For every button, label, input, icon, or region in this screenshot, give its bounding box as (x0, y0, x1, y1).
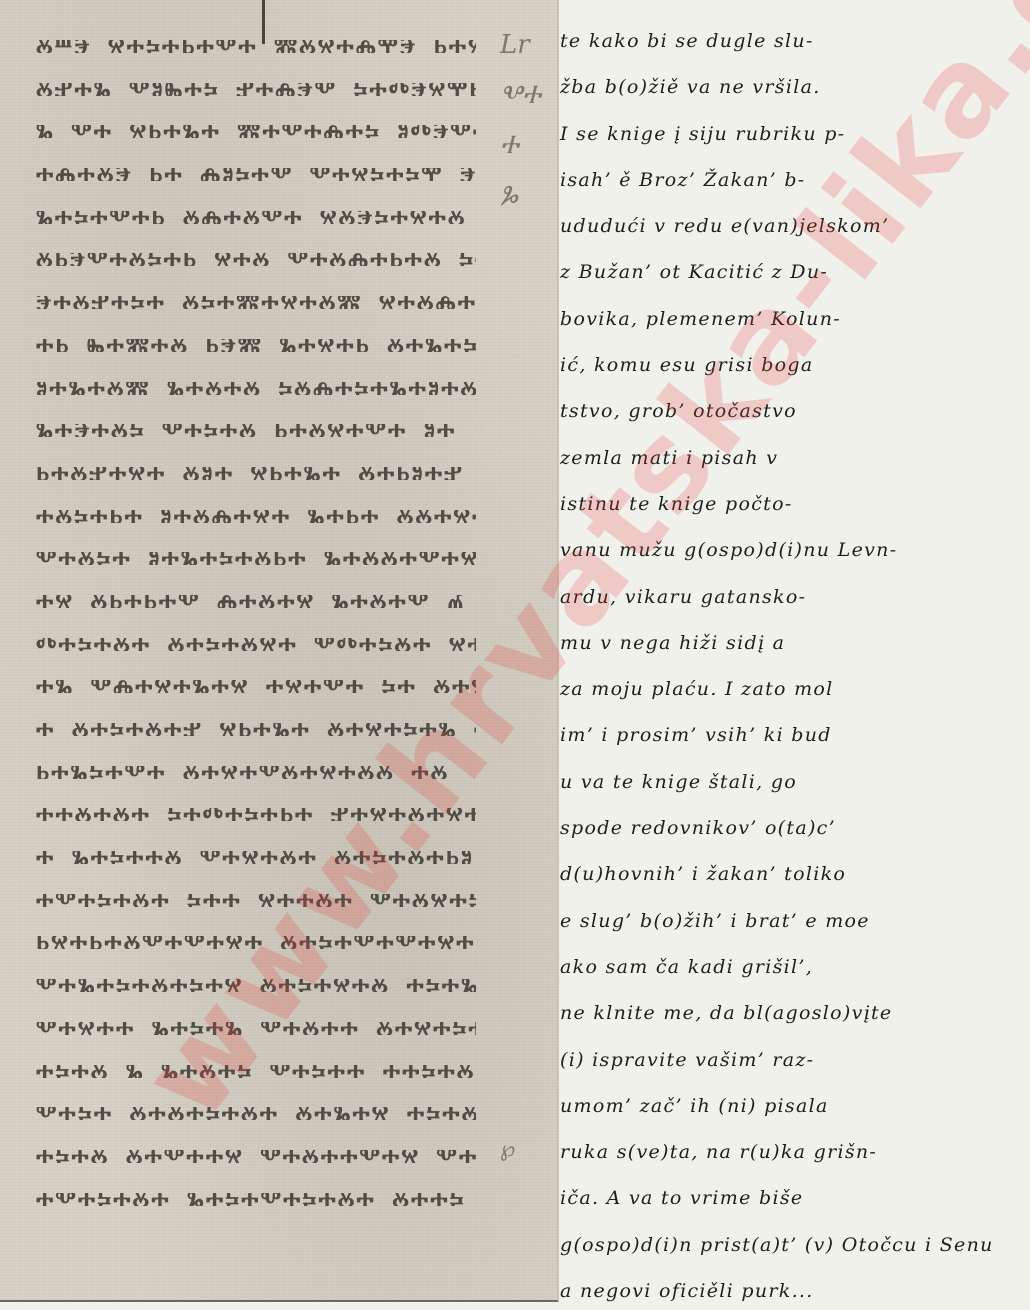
transcription-line: g(ospo)d(i)n prist(a)t’ (v) Otočcu i Sen… (560, 1222, 1030, 1268)
manuscript-line: ⰓⰀⰋⰐⰀⰔⰀ ⰋⰑⰀ ⰔⰓⰀⰃⰀ ⰋⰀⰓⰑⰀⰐ (36, 467, 476, 480)
manuscript-line: ⰃⰀⰅⰀⰋⰍ ⰂⰀⰍⰀⰋ ⰓⰀⰋⰔⰀⰂⰀ ⰑⰀ (36, 424, 476, 437)
transcription-line: te kako bi se dugle slu- (560, 18, 1030, 64)
manuscript-line: ⰂⰀⰋⰍⰀ ⰑⰀⰃⰀⰍⰀⰋⰓⰀ ⰃⰀⰋⰋⰀⰂⰀⰔⰀ (36, 552, 476, 565)
margin-note: Lr (500, 30, 550, 80)
transcription-line: bovika, plemenem’ Kolun- (560, 296, 1030, 342)
manuscript-line: Ⰰ ⰃⰀⰍⰀⰀⰋ ⰂⰀⰔⰀⰋⰀ ⰋⰀⰍⰀⰋⰀⰓⰑ ⰀⰀ (36, 851, 476, 864)
transcription-line: iča. A va to vrime biše (560, 1175, 1030, 1221)
manuscript-line: ⰀⰂⰀⰍⰀⰋⰀ ⰃⰀⰍⰀⰂⰀⰍⰀⰋⰀ ⰋⰀⰀⰍ (36, 1193, 476, 1206)
manuscript-line: Ⰰ ⰋⰀⰍⰀⰋⰀⰐ ⰔⰓⰀⰃⰀ ⰋⰀⰔⰀⰍⰀⰃ ⰀⰀ (36, 723, 476, 736)
margin-note: ⰂⰀ (500, 80, 550, 130)
margin-ring-mark: ℘ (500, 1137, 515, 1162)
transcription-line: a negovi oficiěli purk... (560, 1268, 1030, 1310)
transcription-line: umom’ zač’ ih (ni) pisala (560, 1083, 1030, 1129)
manuscript-line: ⰀⰎⰀⰋⰅ ⰓⰀ ⰎⰑⰍⰀⰂ ⰂⰀⰔⰍⰀⰍⰉ ⰅⰂ (36, 168, 476, 181)
transcription-line: im’ i prosim’ vsih’ ki bud (560, 712, 1030, 758)
transcription-text: te kako bi se dugle slu- žba b(o)žiě va … (560, 18, 1030, 1310)
document-page: ⰋⰞⰅ ⰔⰀⰍⰀⰓⰀⰂⰀ ⰏⰋⰔⰀⰎⰉⰅ ⰓⰀⰔ ⰋⰐⰀⰃ ⰂⰑⰈⰀⰍ ⰐⰀⰎⰅ… (0, 0, 1030, 1310)
manuscript-line: ⰓⰔⰀⰓⰀⰋⰂⰀⰂⰀⰔⰀ ⰋⰀⰍⰀⰂⰀⰂⰀⰔⰀⰀ (36, 936, 476, 949)
transcription-line: spode redovnikov’ o(ta)c’ (560, 805, 1030, 851)
transcription-line: ako sam ča kadi grišil’, (560, 944, 1030, 990)
transcription-line: vanu mužu g(ospo)d(i)nu Levn- (560, 527, 1030, 573)
transcription-line: zemla mati i pisah v (560, 435, 1030, 481)
margin-note: Ⰰ (500, 130, 550, 180)
manuscript-line: ⰀⰔ ⰋⰓⰀⰓⰀⰂ ⰎⰀⰋⰀⰔ ⰃⰀⰋⰀⰂ Ⰼ (36, 595, 476, 608)
manuscript-line: ⰂⰀⰍⰀ ⰋⰀⰋⰀⰍⰀⰋⰀ ⰋⰀⰃⰀⰔ ⰀⰍⰀⰋⰔ (36, 1107, 476, 1120)
manuscript-line: ⰀⰓ ⰈⰀⰏⰀⰋ ⰓⰅⰏ ⰃⰀⰔⰀⰓ ⰋⰀⰃⰀⰍ (36, 339, 476, 352)
transcription-line: ne klnite me, da bl(agoslo)vįte (560, 990, 1030, 1036)
transcription-line: e slug’ b(o)žih’ i brat’ e moe (560, 898, 1030, 944)
manuscript-line: ⰂⰀⰃⰀⰍⰀⰋⰀⰍⰀⰔ ⰋⰀⰍⰀⰔⰀⰋ ⰀⰍⰀⰃ (36, 979, 476, 992)
transcription-line: istinu te knige počto- (560, 481, 1030, 527)
transcription-line: ardu, vikaru gatansko- (560, 574, 1030, 620)
transcription-line: u va te knige štali, go (560, 759, 1030, 805)
margin-note: Ⰳ (500, 180, 550, 230)
transcription-line: d(u)hovnih’ i žakan’ toliko (560, 851, 1030, 897)
manuscript-line: ⰋⰞⰅ ⰔⰀⰍⰀⰓⰀⰂⰀ ⰏⰋⰔⰀⰎⰉⰅ ⰓⰀⰔ (36, 40, 476, 53)
manuscript-line: ⰂⰀⰔⰀⰀ ⰃⰀⰍⰀⰃ ⰂⰀⰋⰀⰀ ⰋⰀⰔⰀⰍⰀⰋⰀ (36, 1022, 476, 1035)
manuscript-line: ⰀⰃ ⰂⰎⰀⰔⰀⰃⰀⰔ ⰀⰔⰀⰂⰀ ⰍⰀ ⰋⰀⰔⰀ (36, 680, 476, 693)
transcription-line: mu v nega hiži sidį a (560, 620, 1030, 666)
manuscript-line: ⰅⰀⰋⰐⰀⰍⰀ ⰋⰍⰀⰏⰀⰔⰀⰋⰏ ⰔⰀⰋⰎⰀⰓ (36, 296, 476, 309)
manuscript-line: ⰀⰍⰀⰋ Ⰳ ⰃⰀⰋⰀⰍ ⰂⰀⰍⰀⰀ ⰀⰀⰍⰀⰋ (36, 1065, 476, 1078)
transcription-line: tstvo, grob’ otočastvo (560, 388, 1030, 434)
manuscript-line: ⰄⰀⰍⰀⰋⰀ ⰋⰀⰍⰀⰋⰔⰀ ⰂⰄⰀⰍⰋⰀ ⰔⰀⰄ (36, 638, 476, 651)
manuscript-lines: ⰋⰞⰅ ⰔⰀⰍⰀⰓⰀⰂⰀ ⰏⰋⰔⰀⰎⰉⰅ ⰓⰀⰔ ⰋⰐⰀⰃ ⰂⰑⰈⰀⰍ ⰐⰀⰎⰅ… (36, 40, 476, 1235)
manuscript-line: ⰃⰀⰍⰀⰂⰀⰓ ⰋⰎⰀⰋⰂⰀ ⰔⰋⰅⰍⰀⰔⰀⰋ (36, 211, 476, 224)
manuscript-margin-notes: Lr ⰂⰀ Ⰰ Ⰳ (500, 30, 550, 230)
manuscript-line: ⰓⰀⰃⰍⰀⰂⰀ ⰋⰀⰔⰀⰂⰋⰀⰔⰀⰋⰋ ⰀⰋ (36, 766, 476, 779)
manuscript-line: ⰀⰍⰀⰋ ⰋⰀⰂⰀⰀⰔ ⰂⰀⰋⰀⰀⰂⰀⰔ ⰂⰀⰋⰀⰂ (36, 1150, 476, 1163)
transcription-line: ruka s(ve)ta, na r(u)ka grišn- (560, 1129, 1030, 1175)
glagolitic-manuscript-image: ⰋⰞⰅ ⰔⰀⰍⰀⰓⰀⰂⰀ ⰏⰋⰔⰀⰎⰉⰅ ⰓⰀⰔ ⰋⰐⰀⰃ ⰂⰑⰈⰀⰍ ⰐⰀⰎⰅ… (0, 0, 559, 1302)
transcription-line: (i) ispravite vašim’ raz- (560, 1037, 1030, 1083)
transcription-line: za moju plaću. I zato mol (560, 666, 1030, 712)
transcription-line: ududući v redu e(van)jelskom’ (560, 203, 1030, 249)
transcription-line: isah’ ě Broz’ Žakan’ b- (560, 157, 1030, 203)
manuscript-line: ⰑⰀⰃⰀⰋⰏ ⰃⰀⰋⰀⰋ ⰍⰋⰎⰀⰍⰀⰃⰀⰑⰀⰋⰏ (36, 382, 476, 395)
manuscript-line: ⰀⰀⰋⰀⰋⰀ ⰍⰀⰄⰀⰍⰀⰓⰀ ⰐⰀⰔⰀⰋⰀⰔⰀ (36, 808, 476, 821)
transcription-line: žba b(o)žiě va ne vršila. (560, 64, 1030, 110)
manuscript-line: ⰀⰂⰀⰍⰀⰋⰀ ⰍⰀⰀ ⰔⰀⰀⰋⰀ ⰂⰀⰋⰔⰀⰍⰋⰀ (36, 894, 476, 907)
manuscript-line: ⰋⰓⰅⰂⰀⰋⰍⰀⰓ ⰔⰀⰋ ⰂⰀⰋⰎⰀⰓⰀⰋ ⰍⰀⰓⰀ (36, 253, 476, 266)
manuscript-line: ⰋⰐⰀⰃ ⰂⰑⰈⰀⰍ ⰐⰀⰎⰅⰂ ⰍⰀⰄⰅⰔⰉⰓⰀ (36, 83, 476, 96)
transcription-line: z Bužan’ ot Kacitić z Du- (560, 249, 1030, 295)
transcription-line: I se knige į siju rubriku p- (560, 111, 1030, 157)
manuscript-ink-stroke (262, 0, 265, 44)
manuscript-line: ⰀⰋⰍⰀⰓⰀ ⰑⰀⰋⰎⰀⰔⰀ ⰃⰀⰓⰀ ⰋⰋⰀⰔⰀⰋⰃ (36, 510, 476, 523)
manuscript-line: Ⰳ ⰂⰀ ⰔⰓⰀⰃⰀ ⰏⰀⰂⰀⰎⰀⰍ ⰑⰄⰅⰂⰀ Ⰿ (36, 125, 476, 138)
transcription-line: ić, komu esu grisi boga (560, 342, 1030, 388)
